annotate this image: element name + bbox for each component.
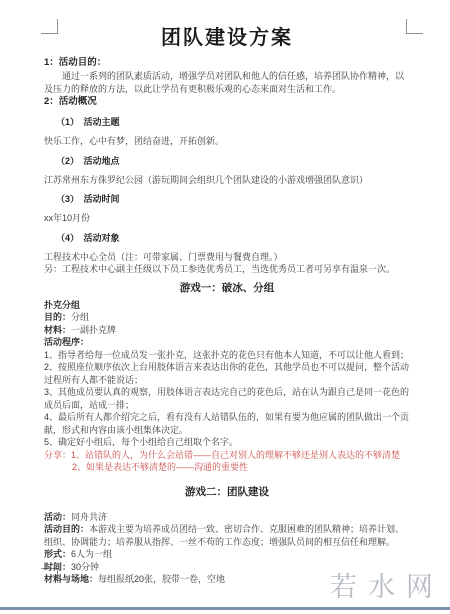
game2-format-value: 6人为一组: [71, 549, 112, 559]
game1-heading: 游戏一：破冰、分组: [44, 281, 410, 295]
game1-purpose-label: 目的：: [44, 312, 71, 322]
game1-share-line-2: 2、如果是表达不够清楚的——沟通的重要性: [44, 461, 410, 474]
bottom-bar: [0, 607, 450, 610]
game1-step: 4、最后所有人都介绍完之后，看有没有人站错队伍的，如果有要为他应属的团队做出一个…: [44, 411, 410, 436]
game2-material-value: 每组报纸20张，胶带一卷，空地: [98, 574, 225, 584]
game1-purpose-value: 分组: [71, 312, 89, 322]
watermark-ruoshui: 若水网: [330, 574, 444, 601]
game1-share-line-1: 分享：1、站错队的人，为什么会站错——自己对别人的理解不够还是别人表达的不够清楚: [44, 449, 410, 462]
subsection-heading-theme: （1） 活动主题: [44, 116, 410, 128]
subsection-heading-location: （2） 活动地点: [44, 155, 410, 167]
subsection-heading-time: （3） 活动时间: [44, 193, 410, 205]
game2-activity: 活动：同舟共济: [44, 511, 410, 524]
section-heading-overview: 2：活动概况: [44, 95, 410, 109]
game1-material-label: 材料：: [44, 325, 71, 335]
game1-material: 材料：一副扑克牌: [44, 324, 410, 337]
game2-format: 形式：6人为一组: [44, 548, 410, 561]
page-title: 团队建设方案: [44, 26, 410, 51]
game1-purpose: 目的：分组: [44, 311, 410, 324]
game2-purpose-label: 活动目的：: [44, 524, 89, 534]
game1-subtitle: 扑克分组: [44, 299, 410, 312]
game1-step: 5、确定好小组后，每个小组给自己组取个名字。: [44, 436, 410, 449]
time-text: xx年10月份: [44, 212, 410, 225]
document-page: 团队建设方案 1：活动目的： 通过一系列的团队素质活动，增强学员对团队和他人的信…: [0, 0, 450, 614]
game2-time-label: 时间：: [44, 562, 71, 572]
game1-step: 2、按照座位顺序依次上台用肢体语言来表达出你的花色，其他学员也不可以提问，整个活…: [44, 361, 410, 386]
section-heading-purpose: 1：活动目的：: [44, 56, 410, 70]
game1-material-value: 一副扑克牌: [71, 325, 116, 335]
participants-text-1: 工程技术中心全员（注：可带家属、门票费用与餐费自理。）: [44, 251, 410, 264]
game2-activity-value: 同舟共济: [71, 512, 107, 522]
theme-text: 快乐工作，心中有梦，团结奋进，开拓创新。: [44, 135, 410, 148]
participants-text-2: 另：工程技术中心副主任级以下员工参选优秀员工，当选优秀员工者可另享有温泉一次。: [44, 263, 410, 276]
game2-heading: 游戏二：团队建设: [44, 485, 410, 499]
game2-material-label: 材料与场地：: [44, 574, 98, 584]
game1-step: 1、指导者给每一位成员发一张扑克，这张扑克的花色只有他本人知道，不可以让他人看到…: [44, 349, 410, 362]
game2-purpose-value: 本游戏主要为培养成员团结一致、密切合作、克服困难的团队精神；培养计划、组织、协调…: [44, 524, 404, 547]
game1-step: 3、其他成员要认真的观察，用肢体语言表达完自己的花色后，站在认为跟自己是同一花色…: [44, 386, 410, 411]
game2-purpose: 活动目的：本游戏主要为培养成员团结一致、密切合作、克服困难的团队精神；培养计划、…: [44, 523, 410, 548]
game2-activity-label: 活动：: [44, 512, 71, 522]
subsection-heading-participants: （4） 活动对象: [44, 232, 410, 244]
purpose-paragraph: 通过一系列的团队素质活动，增强学员对团队和他人的信任感，培养团队协作精神，以及压…: [44, 70, 410, 95]
game2-format-label: 形式：: [44, 549, 71, 559]
document-content: 团队建设方案 1：活动目的： 通过一系列的团队素质活动，增强学员对团队和他人的信…: [44, 26, 410, 586]
game1-procedure-label: 活动程序：: [44, 336, 410, 349]
game2-time-value: 30分钟: [71, 562, 99, 572]
location-text: 江苏常州东方侏罗纪公园（游玩期间会组织几个团队建设的小游戏增强团队意识）: [44, 174, 410, 187]
